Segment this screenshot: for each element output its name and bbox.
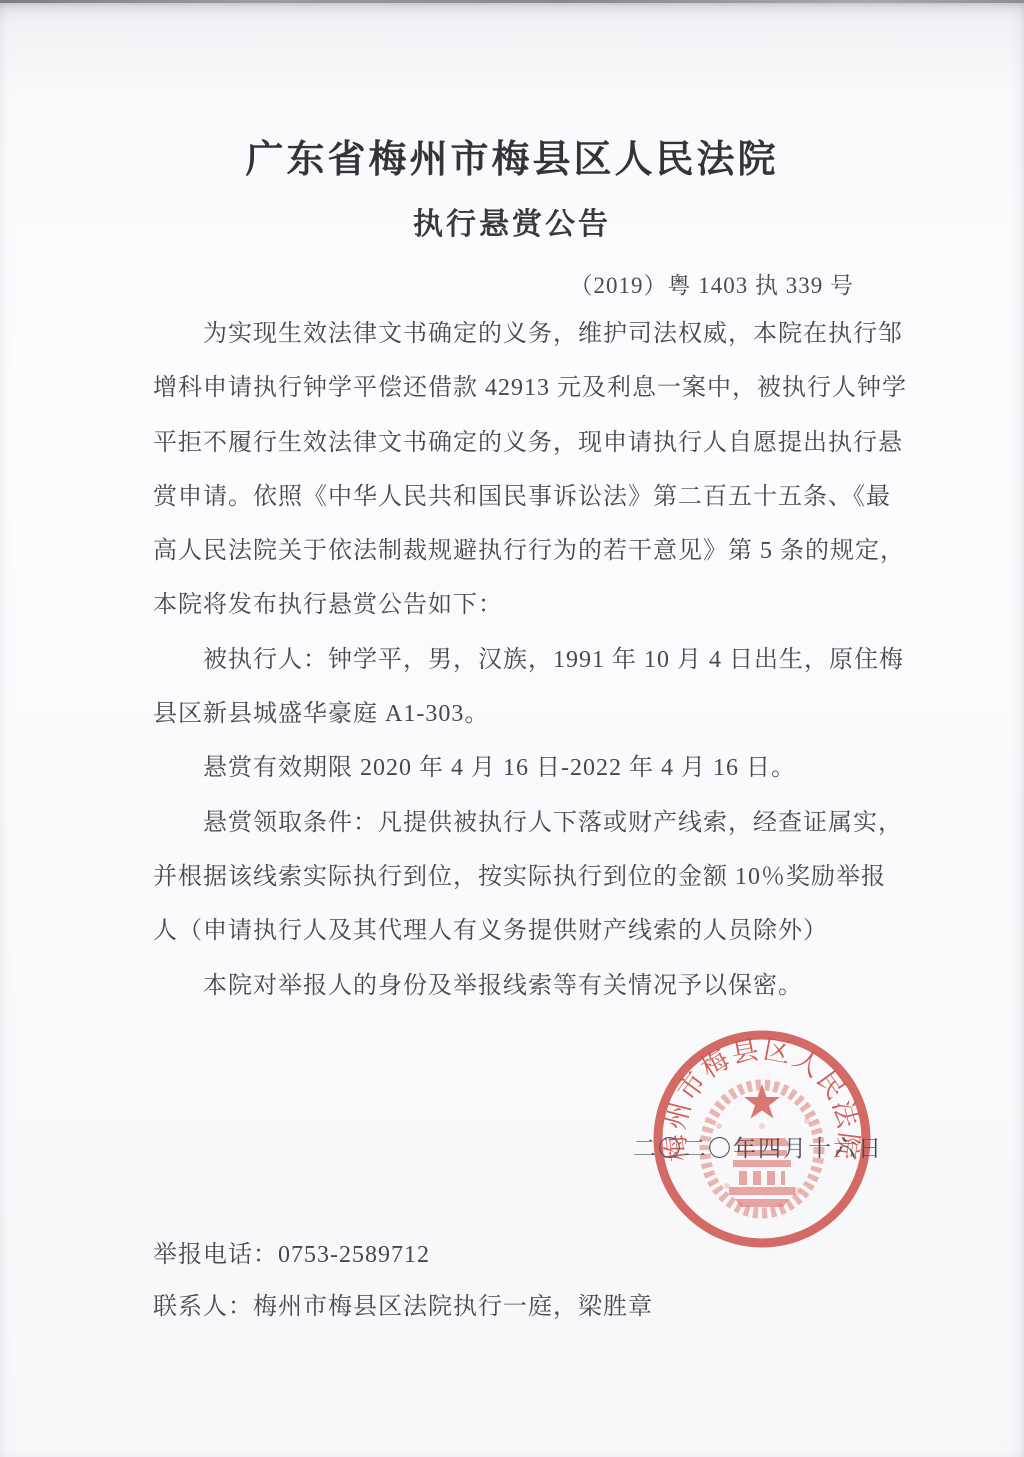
announcement-title: 执行悬赏公告 [0,199,1024,243]
body-line: 平拒不履行生效法律文书确定的义务，现申请执行人自愿提出执行悬 [153,416,899,470]
body-line: 并根据该线索实际执行到位，按实际执行到位的金额 10％奖励举报 [153,850,899,904]
announcement-body: 为实现生效法律文书确定的义务，维护司法权威，本院在执行邹增科申请执行钟学平偿还借… [153,307,899,1013]
issue-date: 二〇二〇年四月十六日 [633,1130,883,1163]
body-line: 本院将发布执行悬赏公告如下： [153,578,899,632]
body-line: 被执行人：钟学平，男，汉族，1991 年 10 月 4 日出生，原住梅 [153,633,899,687]
body-line: 高人民法院关于依法制裁规避执行行为的若干意见》第 5 条的规定， [153,524,899,578]
body-line: 为实现生效法律文书确定的义务，维护司法权威，本院在执行邹 [153,307,899,361]
scanned-document-page: 广东省梅州市梅县区人民法院 执行悬赏公告 （2019）粤 1403 执 339 … [0,0,1024,1457]
scan-top-edge [0,0,1024,3]
body-line: 悬赏有效期限 2020 年 4 月 16 日-2022 年 4 月 16 日。 [153,741,899,795]
contact-footer: 举报电话：0753-2589712 联系人：梅州市梅县区法院执行一庭，梁胜章 [153,1229,653,1333]
body-line: 悬赏领取条件：凡提供被执行人下落或财产线索，经查证属实， [153,796,899,850]
report-phone-line: 举报电话：0753-2589712 [153,1229,653,1281]
body-line: 本院对举报人的身份及举报线索等有关情况予以保密。 [153,959,899,1013]
body-line: 县区新县城盛华豪庭 A1-303。 [153,687,899,741]
body-line: 赏申请。依照《中华人民共和国民事诉讼法》第二百五十五条、《最 [153,470,899,524]
body-line: 增科申请执行钟学平偿还借款 42913 元及利息一案中，被执行人钟学 [153,361,899,415]
contact-person-line: 联系人：梅州市梅县区法院执行一庭，梁胜章 [153,1281,653,1333]
body-line: 人（申请执行人及其代理人有义务提供财产线索的人员除外） [153,904,899,958]
case-number: （2019）粤 1403 执 339 号 [570,267,855,300]
court-name-heading: 广东省梅州市梅县区人民法院 [0,128,1024,183]
